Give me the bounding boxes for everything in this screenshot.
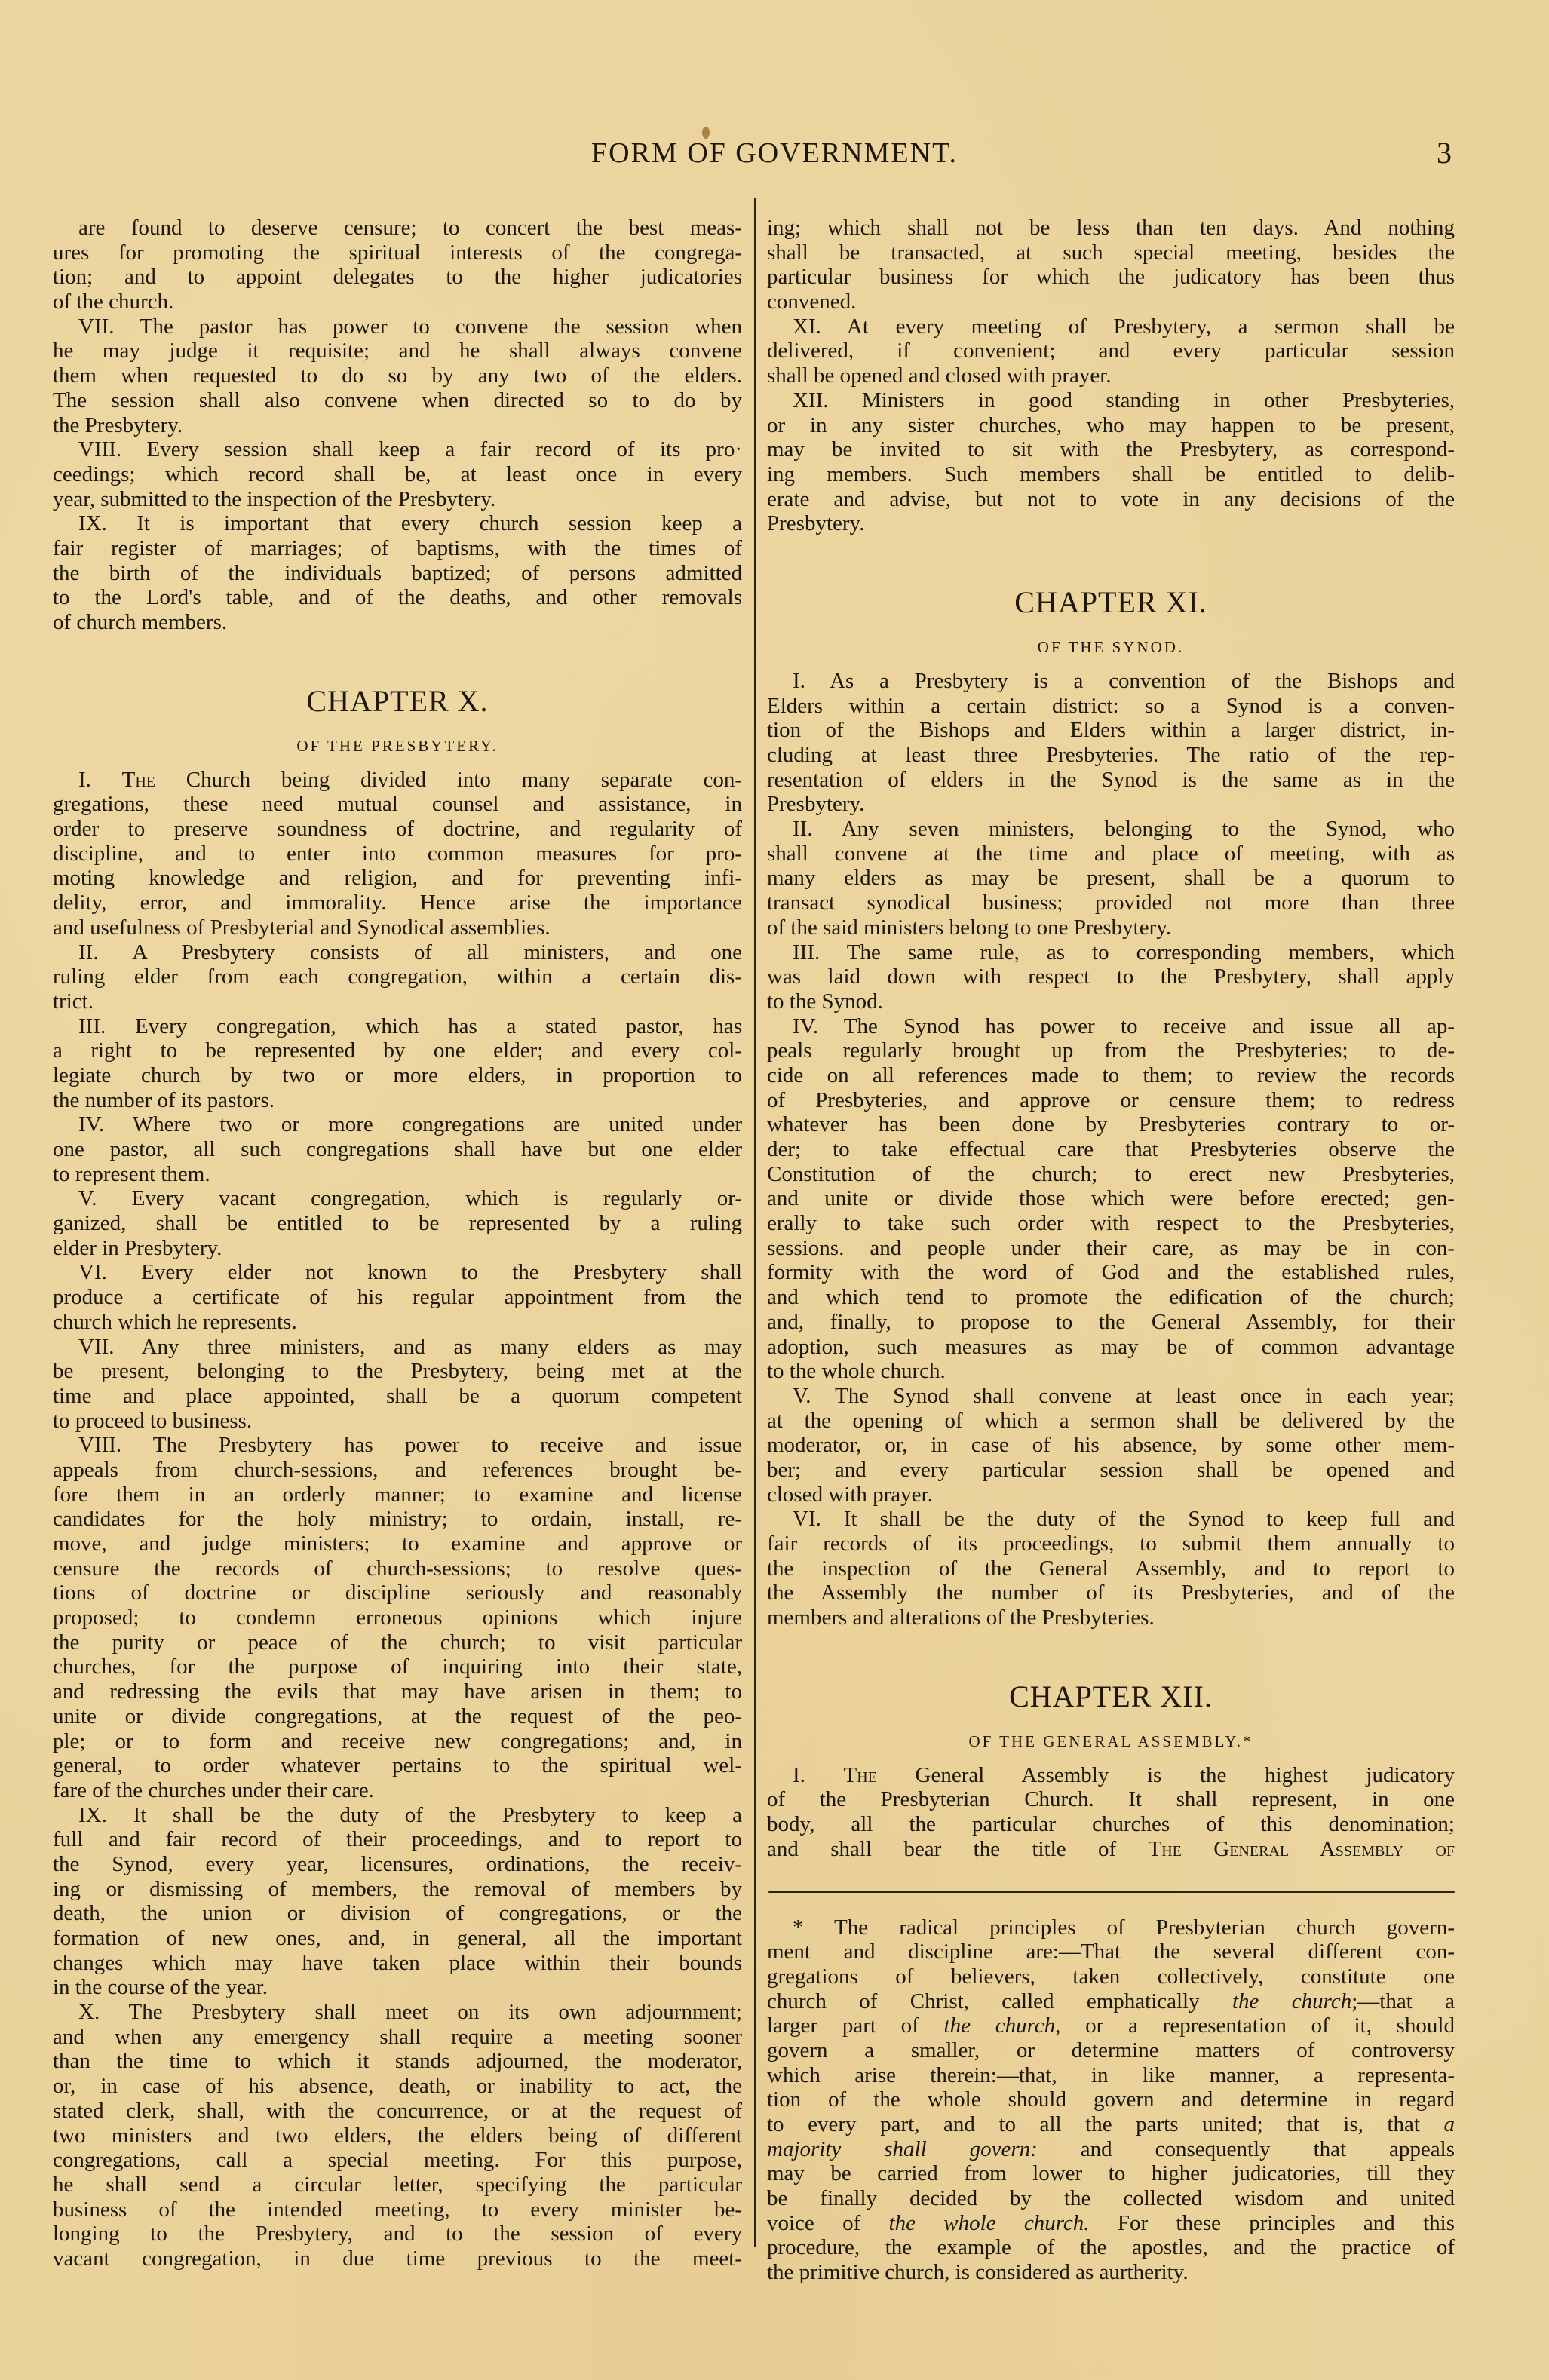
text-line: full and fair record of their proceeding…: [53, 1827, 742, 1852]
text-line: move, and judge ministers; to examine an…: [53, 1532, 742, 1557]
text-line: whatever has been done by Presbyteries c…: [767, 1112, 1455, 1137]
text-line: the Synod, every year, licensures, ordin…: [53, 1852, 742, 1877]
text-line: of Presbyteries, and approve or censure …: [767, 1088, 1455, 1113]
text-line: one pastor, all such congregations shall…: [53, 1137, 742, 1162]
text-line: members and alterations of the Presbyter…: [767, 1606, 1455, 1630]
chapter-x-section-ix: IX. It shall be the duty of the Presbyte…: [53, 1803, 742, 2001]
text-line: VII. The pastor has power to convene the…: [53, 314, 742, 339]
paragraph-section-xii: XII. Ministers in good standing in other…: [767, 388, 1455, 536]
footnote-line: which arise therein:—that, in like manne…: [767, 2063, 1455, 2088]
text-line: cide on all references made to them; to …: [767, 1063, 1455, 1088]
footnote-line: govern a smaller, or determine matters o…: [767, 2038, 1455, 2063]
text-line: cluding at least three Presbyteries. The…: [767, 743, 1455, 768]
footnote-line: may be carried from lower to higher judi…: [767, 2161, 1455, 2186]
text-line: ruling elder from each congregation, wit…: [53, 965, 742, 989]
text-line: to proceed to business.: [53, 1409, 742, 1434]
text-line: censure the records of church-sessions; …: [53, 1557, 742, 1581]
text-line: proposed; to condemn erroneous opinions …: [53, 1606, 742, 1630]
text-line: of the said ministers belong to one Pres…: [767, 916, 1455, 940]
text-line: of church members.: [53, 610, 742, 635]
text-line: ber; and every particular session shall …: [767, 1458, 1455, 1483]
chapter-subtitle: OF THE GENERAL ASSEMBLY.*: [767, 1730, 1455, 1753]
text-line: the number of its pastors.: [53, 1088, 742, 1113]
text-line: he may judge it requisite; and he shall …: [53, 339, 742, 363]
text-line: sessions. and people under their care, a…: [767, 1236, 1455, 1261]
text-line: tion; and to appoint delegates to the hi…: [53, 265, 742, 290]
text-line: VIII. Every session shall keep a fair re…: [53, 437, 742, 462]
text-line: ing; which shall not be less than ten da…: [767, 216, 1455, 241]
text-line: unite or divide congregations, at the re…: [53, 1704, 742, 1729]
text-line: tion of the Bishops and Elders within a …: [767, 718, 1455, 743]
text-line: VI. Every elder not known to the Presbyt…: [53, 1260, 742, 1285]
text-line: the inspection of the General Assembly, …: [767, 1557, 1455, 1581]
text-line: a right to be represented by one elder; …: [53, 1038, 742, 1063]
text-line: of the church.: [53, 290, 742, 314]
text-line: and, finally, to propose to the General …: [767, 1310, 1455, 1335]
text-line: ganized, shall be entitled to be represe…: [53, 1211, 742, 1236]
footnote-line: ment and discipline are:—That the severa…: [767, 1940, 1455, 1964]
text-line: body, all the particular churches of thi…: [767, 1812, 1455, 1837]
text-line: and when any emergency shall require a m…: [53, 2025, 742, 2050]
paragraph-section-ix: IX. It is important that every church se…: [53, 511, 742, 634]
column-divider: [754, 198, 756, 2247]
chapter-x-section-ii: II. A Presbytery consists of all ministe…: [53, 940, 742, 1014]
text-line: VII. Any three ministers, and as many el…: [53, 1335, 742, 1360]
running-title: FORM OF GOVERNMENT.: [0, 134, 1549, 172]
running-head: FORM OF GOVERNMENT. 3: [0, 134, 1549, 172]
text-line: and shall bear the title of The General …: [767, 1837, 1455, 1862]
footnote-line: the primitive church, is considered as a…: [767, 2260, 1455, 2285]
paragraph-continued: are found to deserve censure; to concert…: [53, 216, 742, 314]
paragraph-section-xi: XI. At every meeting of Presbytery, a se…: [767, 314, 1455, 388]
footnote-line: * The radical principles of Presbyterian…: [767, 1915, 1455, 1940]
text-line: IV. The Synod has power to receive and i…: [767, 1014, 1455, 1039]
footnote-rule: [768, 1891, 1455, 1893]
text-line: them when requested to do so by any two …: [53, 363, 742, 388]
text-line: of the Presbyterian Church. It shall rep…: [767, 1787, 1455, 1812]
text-line: discipline, and to enter into common mea…: [53, 842, 742, 866]
text-line: delity, error, and immorality. Hence ari…: [53, 891, 742, 916]
text-line: V. The Synod shall convene at least once…: [767, 1384, 1455, 1409]
text-line: to the Synod.: [767, 989, 1455, 1014]
text-line: fair records of its proceedings, to subm…: [767, 1532, 1455, 1557]
footnote-line: tion of the whole should govern and dete…: [767, 2087, 1455, 2112]
text-line: the birth of the individuals baptized; o…: [53, 561, 742, 586]
text-line: church which he represents.: [53, 1310, 742, 1335]
text-line: closed with prayer.: [767, 1483, 1455, 1507]
text-line: Presbytery.: [767, 792, 1455, 817]
text-line: shall convene at the time and place of m…: [767, 842, 1455, 866]
text-line: appeals from church-sessions, and refere…: [53, 1458, 742, 1483]
chapter-x-section-v: V. Every vacant congregation, which is r…: [53, 1186, 742, 1260]
text-line: may be invited to sit with the Presbyter…: [767, 437, 1455, 462]
chapter-x-section-vii: VII. Any three ministers, and as many el…: [53, 1335, 742, 1434]
chapter-heading: CHAPTER X.: [53, 685, 742, 718]
text-line: to the Lord's table, and of the deaths, …: [53, 585, 742, 610]
text-line: death, the union or division of congrega…: [53, 1901, 742, 1926]
text-line: IX. It shall be the duty of the Presbyte…: [53, 1803, 742, 1828]
text-line: II. A Presbytery consists of all ministe…: [53, 940, 742, 965]
book-page: FORM OF GOVERNMENT. 3 are found to deser…: [0, 0, 1549, 2380]
text-line: I. The Church being divided into many se…: [53, 768, 742, 793]
text-line: gregations, these need mutual counsel an…: [53, 792, 742, 817]
text-line: business of the intended meeting, to eve…: [53, 2198, 742, 2222]
text-line: the purity or peace of the church; to vi…: [53, 1630, 742, 1655]
text-line: IV. Where two or more congregations are …: [53, 1112, 742, 1137]
footnote-line: gregations of believers, taken collectiv…: [767, 1964, 1455, 1989]
text-line: many elders as may be present, shall be …: [767, 866, 1455, 891]
text-line: candidates for the holy ministry; to ord…: [53, 1507, 742, 1532]
page-number: 3: [1437, 134, 1452, 172]
footnote-line: voice of the whole church. For these pri…: [767, 2211, 1455, 2236]
text-line: year, submitted to the inspection of the…: [53, 487, 742, 512]
text-line: formity with the word of God and the est…: [767, 1260, 1455, 1285]
text-line: or in any sister churches, who may happe…: [767, 413, 1455, 438]
text-line: fare of the churches under their care.: [53, 1778, 742, 1803]
text-line: changes which may have taken place withi…: [53, 1951, 742, 1976]
footnote: * The radical principles of Presbyterian…: [767, 1915, 1455, 2285]
text-line: produce a certificate of his regular app…: [53, 1285, 742, 1310]
text-line: churches, for the purpose of inquiring i…: [53, 1655, 742, 1679]
text-line: XII. Ministers in good standing in other…: [767, 388, 1455, 413]
text-line: III. The same rule, as to corresponding …: [767, 940, 1455, 965]
text-line: ing or dismissing of members, the remova…: [53, 1877, 742, 1902]
text-line: and usefulness of Presbyterial and Synod…: [53, 916, 742, 940]
text-line: and unite or divide those which were bef…: [767, 1186, 1455, 1211]
text-line: or, in case of his absence, death, or in…: [53, 2074, 742, 2099]
chapter-subtitle: OF THE PRESBYTERY.: [53, 735, 742, 757]
text-line: VI. It shall be the duty of the Synod to…: [767, 1507, 1455, 1532]
footnote-line: majority shall govern: and consequently …: [767, 2137, 1455, 2162]
text-line: erate and advise, but not to vote in any…: [767, 487, 1455, 512]
text-line: X. The Presbytery shall meet on its own …: [53, 2000, 742, 2025]
paragraph-continued: ing; which shall not be less than ten da…: [767, 216, 1455, 314]
text-line: The session shall also convene when dire…: [53, 388, 742, 413]
text-line: than the time to which it stands adjourn…: [53, 2049, 742, 2074]
text-line: tions of doctrine or discipline seriousl…: [53, 1581, 742, 1606]
text-line: and which tend to promote the edificatio…: [767, 1285, 1455, 1310]
text-line: ures for promoting the spiritual interes…: [53, 241, 742, 265]
text-line: he shall send a circular letter, specify…: [53, 2173, 742, 2198]
chapter-xi-section-i: I. As a Presbytery is a convention of th…: [767, 669, 1455, 817]
text-line: I. As a Presbytery is a convention of th…: [767, 669, 1455, 694]
text-line: stated clerk, shall, with the concurrenc…: [53, 2099, 742, 2124]
text-line: vacant congregation, in due time previou…: [53, 2247, 742, 2271]
text-line: the Assembly the number of its Presbyter…: [767, 1581, 1455, 1606]
text-line: trict.: [53, 989, 742, 1014]
text-line: VIII. The Presbytery has power to receiv…: [53, 1433, 742, 1458]
text-line: V. Every vacant congregation, which is r…: [53, 1186, 742, 1211]
text-line: II. Any seven ministers, belonging to th…: [767, 817, 1455, 842]
chapter-x-section-iii: III. Every congregation, which has a sta…: [53, 1014, 742, 1113]
footnote-line: be finally decided by the collected wisd…: [767, 2186, 1455, 2211]
text-line: congregations, call a special meeting. F…: [53, 2148, 742, 2173]
text-line: der; to take effectual care that Presbyt…: [767, 1137, 1455, 1162]
paragraph-section-viii: VIII. Every session shall keep a fair re…: [53, 437, 742, 511]
text-line: IX. It is important that every church se…: [53, 511, 742, 536]
text-line: resentation of elders in the Synod is th…: [767, 768, 1455, 793]
text-line: adoption, such measures as may be of com…: [767, 1335, 1455, 1360]
text-line: erally to take such order with respect t…: [767, 1211, 1455, 1236]
text-line: to the whole church.: [767, 1359, 1455, 1384]
text-line: moderator, or, in case of his absence, b…: [767, 1433, 1455, 1458]
chapter-xii-section-i: I. The General Assembly is the highest j…: [767, 1763, 1455, 1862]
chapter-heading: CHAPTER XII.: [767, 1680, 1455, 1713]
left-column: are found to deserve censure; to concert…: [53, 216, 742, 2271]
text-line: time and place appointed, shall be a quo…: [53, 1384, 742, 1409]
text-line: ple; or to form and receive new congrega…: [53, 1729, 742, 1754]
text-line: shall be opened and closed with prayer.: [767, 363, 1455, 388]
text-line: and redressing the evils that may have a…: [53, 1679, 742, 1704]
footnote-line: larger part of the church, or a represen…: [767, 2013, 1455, 2038]
text-line: was laid down with respect to the Presby…: [767, 965, 1455, 989]
ink-stain: [702, 127, 710, 139]
chapter-xi-section-v: V. The Synod shall convene at least once…: [767, 1384, 1455, 1507]
chapter-x-section-x: X. The Presbytery shall meet on its own …: [53, 2000, 742, 2271]
text-line: peals regularly brought up from the Pres…: [767, 1038, 1455, 1063]
chapter-subtitle: OF THE SYNOD.: [767, 636, 1455, 658]
text-line: Constitution of the church; to erect new…: [767, 1162, 1455, 1187]
text-line: I. The General Assembly is the highest j…: [767, 1763, 1455, 1788]
right-column: ing; which shall not be less than ten da…: [767, 216, 1455, 2285]
footnote-line: procedure, the example of the apostles, …: [767, 2235, 1455, 2260]
text-line: legiate church by two or more elders, in…: [53, 1063, 742, 1088]
chapter-x-section-iv: IV. Where two or more congregations are …: [53, 1112, 742, 1186]
text-line: to represent them.: [53, 1162, 742, 1187]
chapter-x-section-vi: VI. Every elder not known to the Presbyt…: [53, 1260, 742, 1334]
text-line: moting knowledge and religion, and for p…: [53, 866, 742, 891]
text-line: longing to the Presbytery, and to the se…: [53, 2222, 742, 2247]
text-line: fore them in an orderly manner; to exami…: [53, 1483, 742, 1507]
text-line: fair register of marriages; of baptisms,…: [53, 536, 742, 561]
text-line: be present, belonging to the Presbytery,…: [53, 1359, 742, 1384]
chapter-x-section-viii: VIII. The Presbytery has power to receiv…: [53, 1433, 742, 1802]
text-line: delivered, if convenient; and every part…: [767, 339, 1455, 363]
paragraph-section-vii: VII. The pastor has power to convene the…: [53, 314, 742, 437]
text-line: transact synodical business; provided no…: [767, 891, 1455, 916]
text-line: III. Every congregation, which has a sta…: [53, 1014, 742, 1039]
chapter-x-section-i: I. The Church being divided into many se…: [53, 768, 742, 940]
text-line: convened.: [767, 290, 1455, 314]
text-line: general, to order whatever pertains to t…: [53, 1753, 742, 1778]
text-line: order to preserve soundness of doctrine,…: [53, 817, 742, 842]
text-line: ing members. Such members shall be entit…: [767, 462, 1455, 487]
text-line: the Presbytery.: [53, 413, 742, 438]
text-line: XI. At every meeting of Presbytery, a se…: [767, 314, 1455, 339]
text-line: particular business for which the judica…: [767, 265, 1455, 290]
chapter-xi-section-iv: IV. The Synod has power to receive and i…: [767, 1014, 1455, 1384]
footnote-line: church of Christ, called emphatically th…: [767, 1989, 1455, 2014]
text-line: are found to deserve censure; to concert…: [53, 216, 742, 241]
text-line: shall be transacted, at such special mee…: [767, 241, 1455, 265]
chapter-xi-section-ii: II. Any seven ministers, belonging to th…: [767, 817, 1455, 940]
text-line: Presbytery.: [767, 511, 1455, 536]
text-line: elder in Presbytery.: [53, 1236, 742, 1261]
text-line: ceedings; which record shall be, at leas…: [53, 462, 742, 487]
footnote-line: to every part, and to all the parts unit…: [767, 2112, 1455, 2137]
text-line: at the opening of which a sermon shall b…: [767, 1409, 1455, 1434]
text-line: in the course of the year.: [53, 1975, 742, 2000]
text-line: Elders within a certain district: so a S…: [767, 694, 1455, 719]
chapter-xi-section-vi: VI. It shall be the duty of the Synod to…: [767, 1507, 1455, 1630]
chapter-heading: CHAPTER XI.: [767, 586, 1455, 619]
text-line: two ministers and two elders, the elders…: [53, 2124, 742, 2148]
chapter-xi-section-iii: III. The same rule, as to corresponding …: [767, 940, 1455, 1014]
text-line: formation of new ones, and, in general, …: [53, 1926, 742, 1951]
